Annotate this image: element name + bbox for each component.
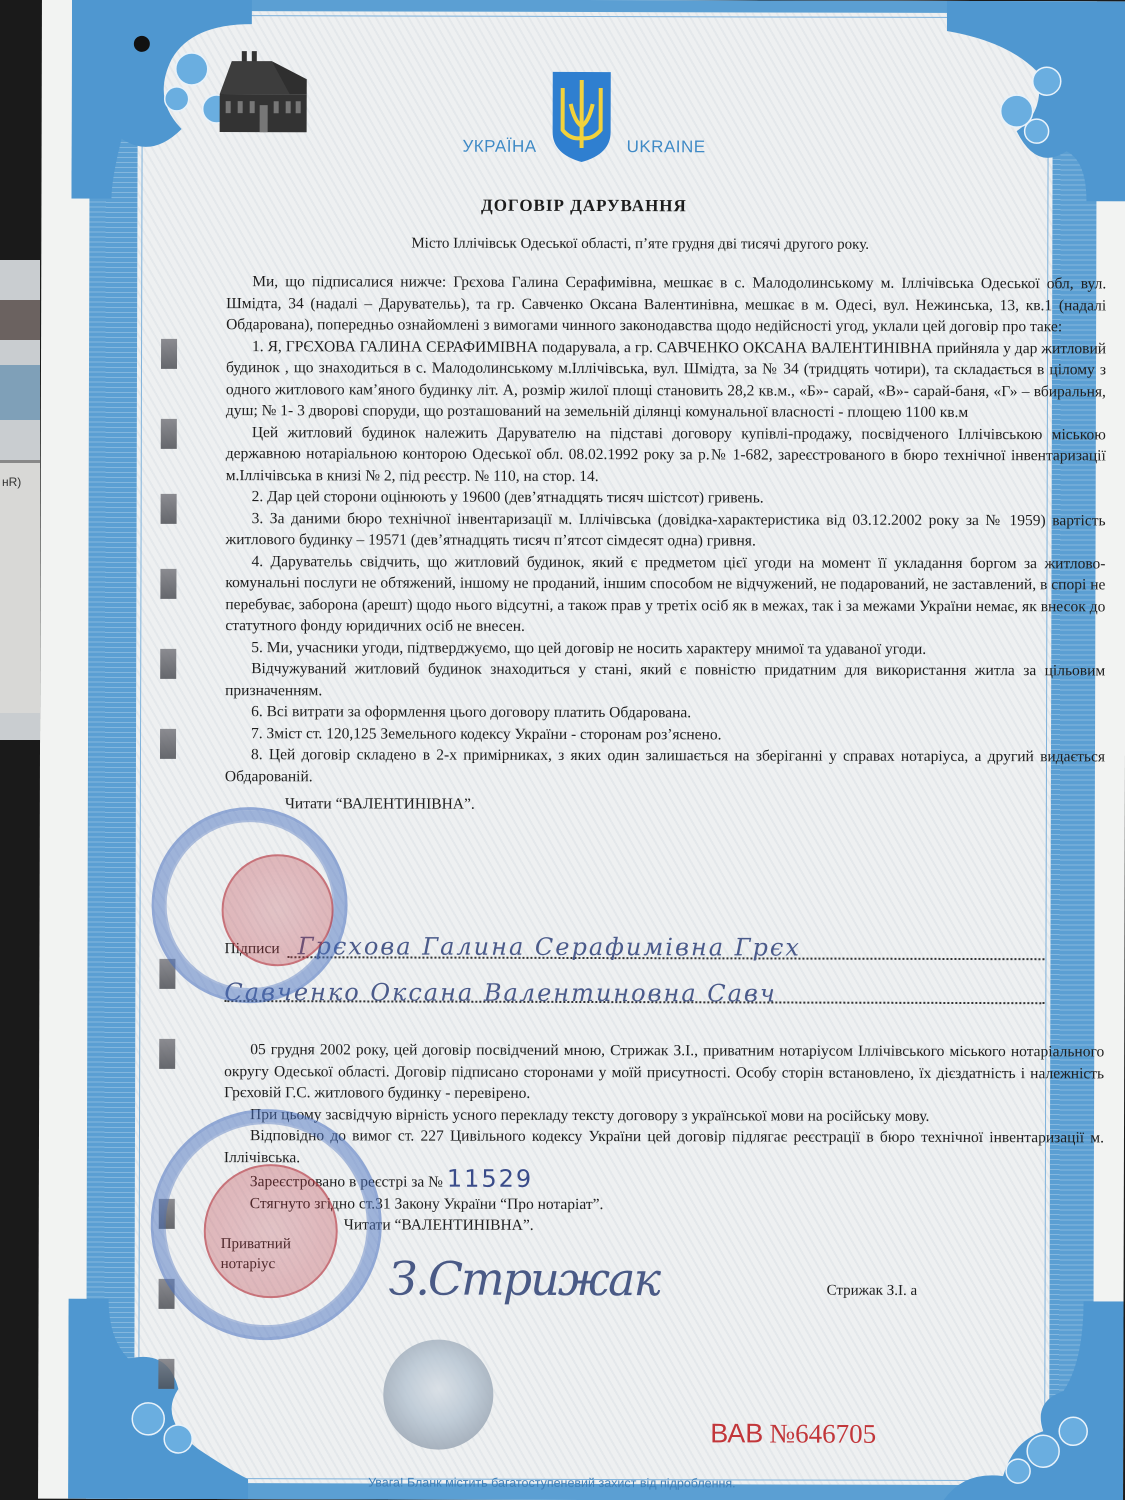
document-title: ДОГОВІР ДАРУВАННЯ bbox=[41, 195, 1125, 218]
gift-deed-form: УКРАЇНА UKRAINE ДОГОВІР ДАРУВАННЯ Місто … bbox=[38, 0, 1125, 1500]
security-foil-mark bbox=[161, 494, 177, 524]
security-foil-mark bbox=[161, 419, 177, 449]
coat-of-arms-red-seal-upper bbox=[221, 854, 333, 966]
anti-forgery-warning: Увага! Бланк містить багатоступеневий за… bbox=[368, 1475, 736, 1490]
clause-2-paragraph: 2. Дар цей сторони оцінюють у 19600 (дев… bbox=[226, 486, 1106, 510]
notary-name: Стрижак З.І. а bbox=[827, 1283, 918, 1300]
state-emblem-header: УКРАЇНА UKRAINE bbox=[42, 69, 1125, 172]
security-foil-mark bbox=[158, 1359, 174, 1389]
security-foil-mark bbox=[160, 569, 176, 599]
translation-paragraph: При цьому засвідчую вірність усного пере… bbox=[224, 1104, 1104, 1128]
donor-signature-line: Підписи Грєхова Галина Серафимівна Грєх bbox=[224, 934, 1044, 960]
security-foil-mark bbox=[161, 339, 177, 369]
clause-1-paragraph: 1. Я, ГРЄХОВА ГАЛИНА СЕРАФИМІВНА подарув… bbox=[226, 336, 1106, 424]
clause-3-paragraph: 3. За даними бюро технічної інвентаризац… bbox=[226, 508, 1106, 553]
condition-paragraph: Відчужуваний житловий будинок знаходитьс… bbox=[225, 658, 1105, 703]
clause-7-paragraph: 7. Зміст ст. 120,125 Земельного кодексу … bbox=[225, 723, 1105, 747]
donor-handwritten-signature: Грєхова Галина Серафимівна Грєх bbox=[298, 932, 801, 961]
trident-coat-of-arms-icon bbox=[551, 70, 613, 164]
ownership-paragraph: Цей житловий будинок належить Дарувателю… bbox=[226, 422, 1106, 489]
signatures-block: Підписи Грєхова Галина Серафимівна Грєх … bbox=[224, 934, 1044, 1004]
coat-of-arms-red-seal-lower bbox=[204, 1164, 338, 1298]
floral-corner-ornament-icon bbox=[943, 1301, 1124, 1500]
security-foil-mark bbox=[160, 649, 176, 679]
registry-number: 11529 bbox=[447, 1165, 533, 1193]
notary-handwritten-signature: З.Стрижак bbox=[389, 1251, 659, 1306]
recipient-signature-line: Савченко Оксана Валентиновна Савч bbox=[224, 978, 1044, 1004]
clause-5-paragraph: 5. Ми, учасники угоди, підтверджуємо, що… bbox=[225, 637, 1105, 661]
form-serial-number: ВАВ№646705 bbox=[710, 1418, 876, 1449]
clause-6-paragraph: 6. Всі витрати за оформлення цього догов… bbox=[225, 701, 1105, 725]
security-foil-mark bbox=[160, 729, 176, 759]
security-foil-mark bbox=[159, 1039, 175, 1069]
notary-cert-paragraph: 05 грудня 2002 року, цей договір посвідч… bbox=[224, 1039, 1104, 1106]
clause-8-paragraph: 8. Цей договір складено в 2-х примірника… bbox=[225, 744, 1105, 789]
country-name-en: UKRAINE bbox=[627, 137, 706, 157]
place-and-date: Місто Іллічівськ Одеської області, п’яте… bbox=[411, 236, 869, 254]
country-name-ua: УКРАЇНА bbox=[462, 137, 536, 157]
underlying-document-edge: нR) bbox=[0, 260, 40, 740]
preamble-paragraph: Ми, що підписалися нижче: Грєхова Галина… bbox=[226, 271, 1106, 338]
read-aloud-note: Читати “ВАЛЕНТИНІВНА”. bbox=[225, 793, 1105, 817]
clause-4-paragraph: 4. Дарувательь свідчить, що житловий буд… bbox=[225, 551, 1105, 639]
security-hologram bbox=[383, 1339, 493, 1449]
contract-body: Ми, що підписалися нижче: Грєхова Галина… bbox=[225, 271, 1106, 817]
